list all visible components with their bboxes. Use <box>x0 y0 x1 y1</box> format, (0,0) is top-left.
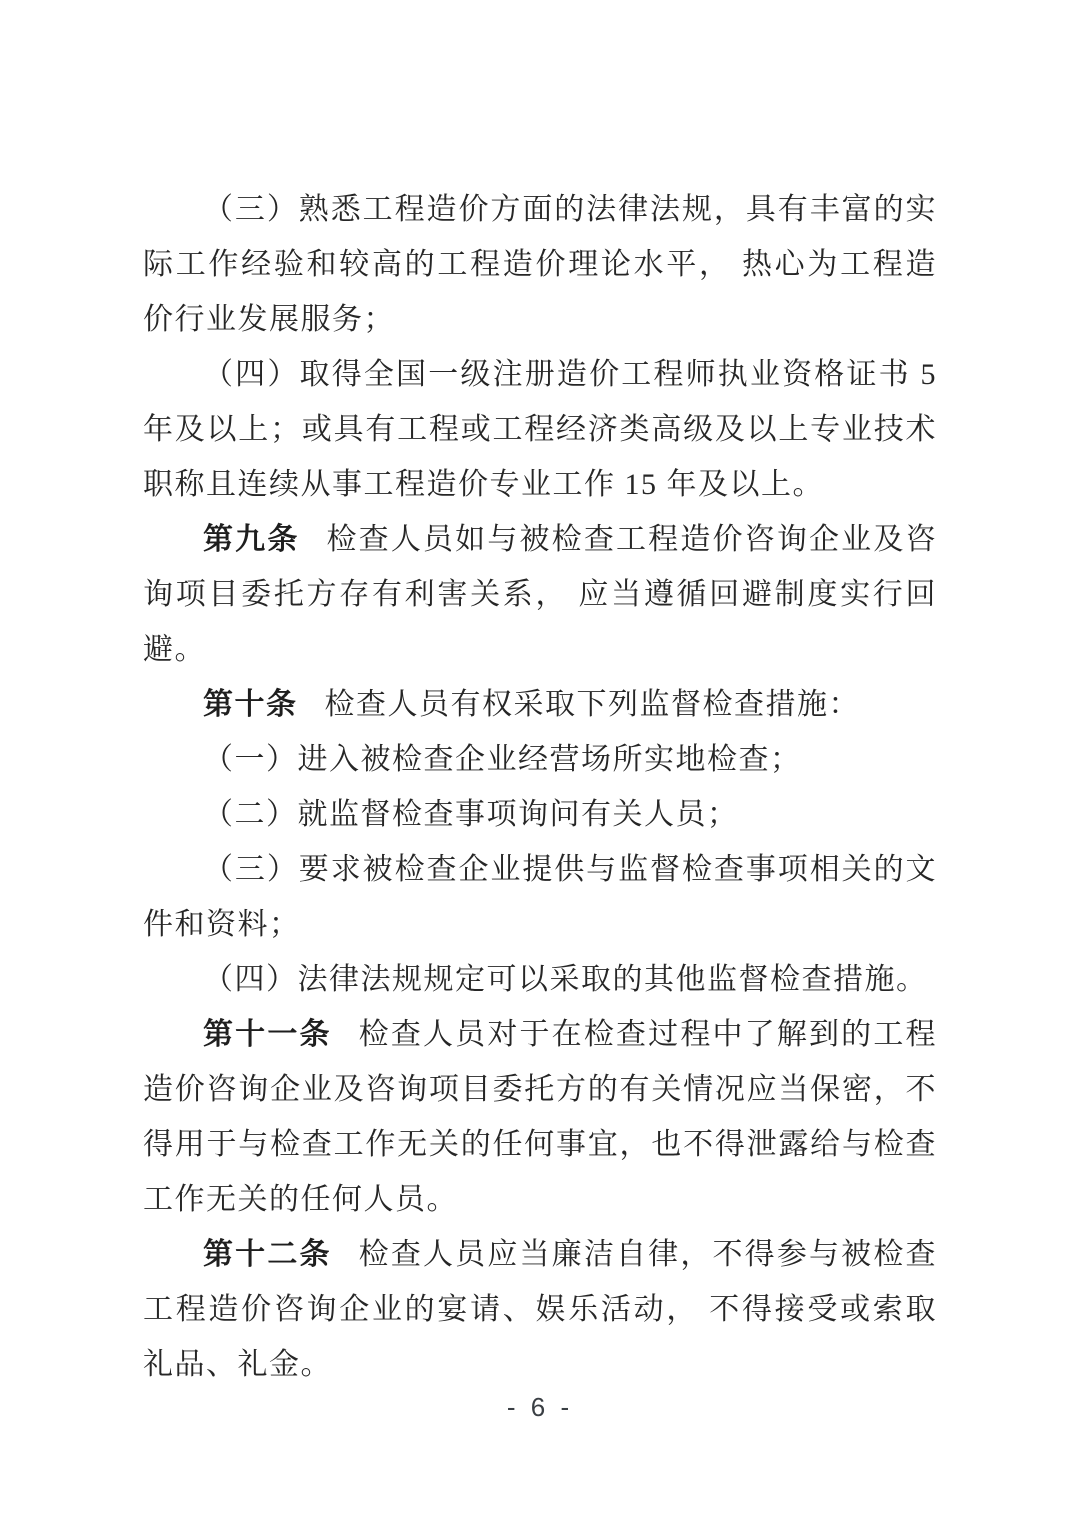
paragraph: （四）取得全国一级注册造价工程师执业资格证书 5 年及以上；或具有工程或工程经济… <box>143 347 937 512</box>
paragraph: 第九条检查人员如与被检查工程造价咨询企业及咨询项目委托方存有利害关系， 应当遵循… <box>143 512 937 677</box>
clause-number: 第十二条 <box>203 1238 332 1271</box>
paragraph-text: （四）取得全国一级注册造价工程师执业资格证书 5 年及以上；或具有工程或工程经济… <box>143 358 937 501</box>
paragraph-text: （三）要求被检查企业提供与监督检查事项相关的文件和资料； <box>143 853 937 941</box>
paragraph: （四）法律法规规定可以采取的其他监督检查措施。 <box>143 952 937 1007</box>
document-body: （三）熟悉工程造价方面的法律法规，具有丰富的实际工作经验和较高的工程造价理论水平… <box>143 182 937 1392</box>
clause-number: 第十一条 <box>203 1018 332 1051</box>
paragraph-text: 检查人员有权采取下列监督检查措施： <box>325 688 861 721</box>
paragraph: （一）进入被检查企业经营场所实地检查； <box>143 732 937 787</box>
document-page: （三）熟悉工程造价方面的法律法规，具有丰富的实际工作经验和较高的工程造价理论水平… <box>0 0 1080 1528</box>
paragraph-text: （二）就监督检查事项询问有关人员； <box>203 798 739 831</box>
paragraph-text: （四）法律法规规定可以采取的其他监督检查措施。 <box>203 963 928 996</box>
paragraph-text: （三）熟悉工程造价方面的法律法规，具有丰富的实际工作经验和较高的工程造价理论水平… <box>143 193 937 336</box>
paragraph-text: （一）进入被检查企业经营场所实地检查； <box>203 743 802 776</box>
paragraph: 第十条检查人员有权采取下列监督检查措施： <box>143 677 937 732</box>
paragraph: （三）熟悉工程造价方面的法律法规，具有丰富的实际工作经验和较高的工程造价理论水平… <box>143 182 937 347</box>
page-number: - 6 - <box>0 1392 1080 1423</box>
clause-number: 第十条 <box>203 688 298 721</box>
paragraph: （二）就监督检查事项询问有关人员； <box>143 787 937 842</box>
paragraph: 第十二条检查人员应当廉洁自律，不得参与被检查工程造价咨询企业的宴请、娱乐活动， … <box>143 1227 937 1392</box>
paragraph: （三）要求被检查企业提供与监督检查事项相关的文件和资料； <box>143 842 937 952</box>
paragraph: 第十一条检查人员对于在检查过程中了解到的工程造价咨询企业及咨询项目委托方的有关情… <box>143 1007 937 1227</box>
clause-number: 第九条 <box>203 523 300 556</box>
